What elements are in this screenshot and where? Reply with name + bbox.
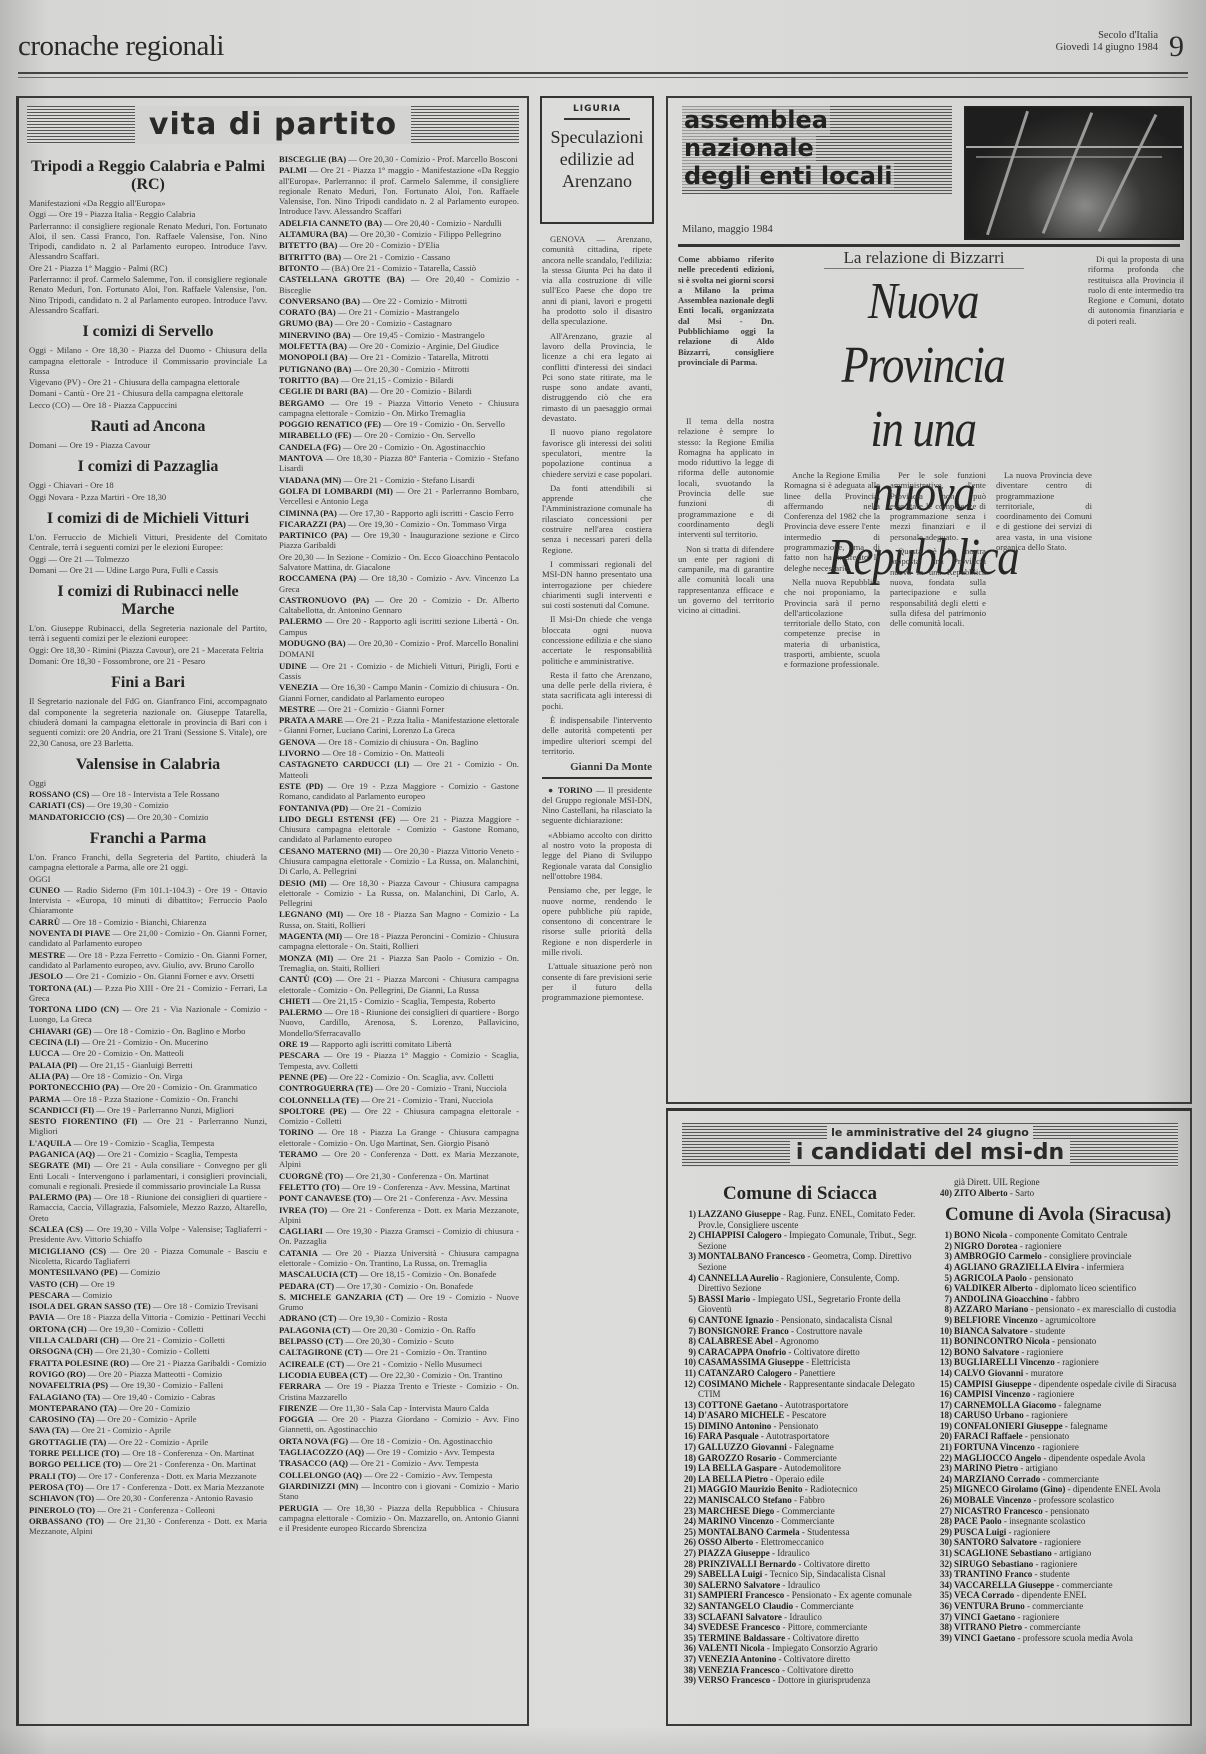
candidate-occupation: - ragioniere: [1015, 1612, 1059, 1622]
candidate-item: 14)D'ASARO MICHELE - Pescatore: [676, 1410, 924, 1421]
event-item: ORE 19 — Rapporto agli iscritti comitato…: [279, 1039, 519, 1049]
candidate-item: 12)COSIMANO Michele - Rappresentante sin…: [676, 1379, 924, 1400]
article-paragraph: Nella nuova Repubblica che noi proponiam…: [784, 577, 880, 670]
candidate-occupation: - ragioniere: [1024, 1410, 1068, 1420]
candidate-occupation: - Elettricista: [804, 1357, 850, 1367]
candidate-item: 28)PACE Paolo - insegnante scolastico: [932, 1516, 1184, 1527]
candidate-item: 10)CASAMASSIMA Giuseppe - Elettricista: [676, 1357, 924, 1368]
event-item: SAVA (TA) — Ore 21 - Comizio - Aprile: [29, 1425, 267, 1435]
event-item: Parlerranno: il consigliere regionale Re…: [29, 221, 267, 262]
event-item: Domani - Cantù - Ore 21 - Chiusura della…: [29, 388, 267, 398]
candidate-occupation: - Autotrasportatore: [759, 1431, 829, 1441]
event-item: BORGO PELLICE (TO) — Ore 21 - Conferenza…: [29, 1459, 267, 1469]
assemblea-column: La nuova Provincia deve diventare centro…: [996, 470, 1092, 1096]
candidate-number: 25): [932, 1484, 952, 1495]
candidate-number: 6): [676, 1315, 696, 1326]
event-item: PONT CANAVESE (TO) — Ore 21 - Conferenza…: [279, 1193, 519, 1203]
liguria-header: LIGURIA Speculazioni edilizie ad Arenzan…: [540, 96, 654, 224]
candidate-name: FARA Pasquale: [698, 1431, 759, 1441]
candidate-item: 3)MONTALBANO Francesco - Geometra, Comp.…: [676, 1251, 924, 1272]
event-item: PESCARA — Ore 19 - Piazza 1° Maggio - Co…: [279, 1050, 519, 1071]
event-item: TORINO — Ore 18 - Piazza La Grange - Chi…: [279, 1127, 519, 1148]
candidate-item: 32)SIRUGO Sebastiano - ragioniere: [932, 1559, 1184, 1570]
event-item: PAVIA — Ore 18 - Piazza della Vittoria -…: [29, 1312, 267, 1322]
avola-candidate-list: 1)BONO Nicola - componente Comitato Cent…: [932, 1230, 1184, 1643]
candidate-name: SANTANGELO Claudio: [698, 1601, 793, 1611]
candidate-item: già Dirett. UIL Regione: [932, 1177, 1184, 1188]
candidate-name: BUGLIARELLI Vincenzo: [954, 1357, 1055, 1367]
candidate-item: 30)SALERNO Salvatore - Idraulico: [676, 1580, 924, 1591]
section-heading: I comizi di de Michieli Vitturi: [29, 510, 267, 528]
candidate-number: 33): [932, 1569, 952, 1580]
event-item: ALTAMURA (BA) — Ore 20,30 - Comizio - Fi…: [279, 229, 519, 239]
section-heading: I comizi di Rubinacci nelle Marche: [29, 583, 267, 619]
candidate-occupation: - infermiera: [1079, 1262, 1124, 1272]
assemblea-banner-line: degli enti locali: [682, 162, 894, 190]
liguria-article: GENOVA — Arenzano, comunità cittadina, r…: [542, 234, 652, 1722]
candidate-name: NICASTRO Francesco: [954, 1506, 1043, 1516]
candidate-number: 11): [676, 1368, 696, 1379]
candidate-item: 4)CANNELLA Aurelio - Ragioniere, Consule…: [676, 1273, 924, 1294]
candidate-occupation: - Studentessa: [800, 1527, 850, 1537]
event-item: SCHIAVON (TO) — Ore 20,30 - Conferenza -…: [29, 1493, 267, 1503]
candidate-number: 6): [932, 1283, 952, 1294]
candidate-name: AGLIANO GRAZIELLA Elvira: [954, 1262, 1079, 1272]
candidate-number: 26): [932, 1495, 952, 1506]
article-paragraph: Non si tratta di difendere un ente per r…: [678, 544, 774, 616]
candidate-occupation: - Autodemolitore: [777, 1463, 841, 1473]
event-item: CIMINNA (PA) — Ore 17,30 - Rapporto agli…: [279, 508, 519, 518]
candidate-number: 34): [676, 1622, 696, 1633]
candidate-occupation: - Coltivatore diretto: [785, 1633, 859, 1643]
candidate-occupation: - Autotrasportatore: [778, 1400, 848, 1410]
candidate-occupation: - Commerciante: [793, 1601, 853, 1611]
event-item: SCANDICCI (FI) — Ore 19 - Parlerranno Nu…: [29, 1105, 267, 1115]
event-item: CEGLIE DI BARI (BA) — Ore 20 - Comizio -…: [279, 386, 519, 396]
candidate-item: 27)PIAZZA Giuseppe - Idraulico: [676, 1548, 924, 1559]
event-item: CAROSINO (TA) — Ore 20 - Comizio - April…: [29, 1414, 267, 1424]
event-item: Domani: Ore 18,30 - Fossombrone, ore 21 …: [29, 656, 267, 666]
event-item: FALAGIANO (TA) — Ore 19,40 - Comizio - C…: [29, 1392, 267, 1402]
event-item: ISOLA DEL GRAN SASSO (TE) — Ore 18 - Com…: [29, 1301, 267, 1311]
event-item: PALERMO (PA) — Ore 18 - Riunione dei con…: [29, 1192, 267, 1223]
article-paragraph: Il tema della nostra relazione è sempre …: [678, 416, 774, 540]
event-item: CARRÙ — Ore 18 - Comizio - Bianchi, Chia…: [29, 917, 267, 927]
candidate-number: 22): [932, 1453, 952, 1464]
candidate-item: 11)CATANZARO Calogero - Panettiere: [676, 1368, 924, 1379]
candidate-number: 39): [932, 1633, 952, 1644]
candidate-number: 21): [932, 1442, 952, 1453]
event-item: ALIA (PA) — Ore 18 - Comizio - On. Virga: [29, 1071, 267, 1081]
candidate-occupation: - dipendente ospedale Avola: [1041, 1453, 1145, 1463]
candidate-item: 26)MOBALE Vincenzo - professore scolasti…: [932, 1495, 1184, 1506]
candidate-number: 24): [676, 1516, 696, 1527]
candidate-number: 32): [932, 1559, 952, 1570]
event-item: ACIREALE (CT) — Ore 21 - Comizio - Nello…: [279, 1359, 519, 1369]
candidate-item: 29)SABELLA Luigi - Tecnico Sip, Sindacal…: [676, 1569, 924, 1580]
article-paragraph: Il Msi-Dn chiede che venga bloccata ogni…: [542, 614, 652, 665]
event-item: GOLFA DI LOMBARDI (MI) — Ore 21 - Parler…: [279, 486, 519, 507]
candidate-item: 15)CAMPISI Giuseppe - dipendente ospedal…: [932, 1379, 1184, 1390]
candidate-number: 5): [932, 1273, 952, 1284]
candidate-name: LA BELLA Pietro: [698, 1474, 768, 1484]
event-item: Domani — Ore 19 - Piazza Cavour: [29, 440, 267, 450]
candidate-item: 38)VENEZIA Francesco - Coltivatore diret…: [676, 1665, 924, 1676]
event-item: COLLELONGO (AQ) — Ore 22 - Comizio - Avv…: [279, 1470, 519, 1480]
assemblea-intro: Come abbiamo riferito nelle precedenti e…: [678, 254, 774, 414]
candidate-name: BONO Nicola: [954, 1230, 1007, 1240]
candidate-item: 25)MONTALBANO Carmela - Studentessa: [676, 1527, 924, 1538]
event-item: L'on. Franco Franchi, della Segreteria d…: [29, 852, 267, 873]
event-item: LIVORNO — Ore 18 - Comizio - On. Matteol…: [279, 748, 519, 758]
candidate-number: 38): [676, 1665, 696, 1676]
candidate-item: 6)VALDIKER Alberto - diplomato liceo sci…: [932, 1283, 1184, 1294]
event-item: CARIATI (CS) — Ore 19,30 - Comizio: [29, 800, 267, 810]
event-item: MINERVINO (BA) — Ore 19,45 - Comizio - M…: [279, 330, 519, 340]
candidate-number: 17): [676, 1442, 696, 1453]
candidate-occupation: - dipendente ENEL: [1014, 1590, 1086, 1600]
candidate-number: 19): [676, 1463, 696, 1474]
candidate-item: 4)AGLIANO GRAZIELLA Elvira - infermiera: [932, 1262, 1184, 1273]
candidate-item: 19)LA BELLA Gaspare - Autodemolitore: [676, 1463, 924, 1474]
candidate-item: 6)CANTONE Ignazio - Pensionato, sindacal…: [676, 1315, 924, 1326]
candidate-number: 23): [676, 1506, 696, 1517]
event-item: PALAGONIA (CT) — Ore 20,30 - Comizio - O…: [279, 1325, 519, 1335]
event-item: OGGI: [29, 874, 267, 884]
brief-paragraph: «Abbiamo accolto con diritto al nostro v…: [542, 830, 652, 881]
candidate-item: 18)GAROZZO Rosario - Commerciante: [676, 1453, 924, 1464]
candidate-name: CAMPISI Giuseppe: [954, 1379, 1031, 1389]
candidate-number: 18): [676, 1453, 696, 1464]
candidate-number: 14): [676, 1410, 696, 1421]
section-rule: [678, 244, 1180, 247]
candidate-number: 4): [676, 1273, 696, 1284]
event-item: BERGAMO — Ore 19 - Piazza Vittorio Venet…: [279, 398, 519, 419]
event-item: Oggi — Ore 19 - Piazza Italia - Reggio C…: [29, 209, 267, 219]
candidate-name: VALENTI Nicola: [698, 1643, 765, 1653]
event-item: Vigevano (PV) - Ore 21 - Chiusura della …: [29, 377, 267, 387]
candidate-occupation: - Tecnico Sip, Sindacalista Cisnal: [762, 1569, 885, 1579]
candidate-occupation: - ragioniere: [1035, 1442, 1079, 1452]
candidate-occupation: - professore scolastico: [1031, 1495, 1114, 1505]
event-item: L'AQUILA — Ore 19 - Comizio - Scaglia, T…: [29, 1138, 267, 1148]
event-item: CATANIA — Ore 20 - Piazza Università - C…: [279, 1248, 519, 1269]
candidate-name: CARACAPPA Onofrio: [698, 1347, 786, 1357]
event-item: COLONNELLA (TE) — Ore 21 - Comizio - Tra…: [279, 1095, 519, 1105]
event-item: PENNE (PE) — Ore 22 - Comizio - On. Scag…: [279, 1072, 519, 1082]
assemblea-banner-line: nazionale: [682, 134, 816, 162]
candidate-name: LA BELLA Gaspare: [698, 1463, 777, 1473]
event-item: Il Segretario nazionale del FdG on. Gian…: [29, 696, 267, 747]
event-item: CASTELLANA GROTTE (BA) — Ore 20,40 - Com…: [279, 274, 519, 295]
candidate-number: 12): [932, 1347, 952, 1358]
candidate-occupation: - falegname: [1056, 1400, 1101, 1410]
candidate-name: SANTORO Salvatore: [954, 1537, 1037, 1547]
candidate-occupation: - commerciante: [1040, 1474, 1098, 1484]
event-item: FICARAZZI (PA) — Ore 19,30 - Comizio - O…: [279, 519, 519, 529]
event-item: BITONTO — (BA) Ore 21 - Comizio - Tatare…: [279, 263, 519, 273]
candidate-number: 5): [676, 1294, 696, 1305]
vita-banner-title: vita di partito: [135, 106, 411, 144]
candidate-number: 36): [676, 1643, 696, 1654]
event-item: MANDATORICCIO (CS) — Ore 20,30 - Comizio: [29, 812, 267, 822]
candidate-item: 31)SCAGLIONE Sebastiano - artigiano: [932, 1548, 1184, 1559]
event-item: CASTRONUOVO (PA) — Ore 20 - Comizio - Dr…: [279, 595, 519, 616]
candidate-occupation: - consigliere provinciale: [1042, 1251, 1132, 1261]
candidate-number: 18): [932, 1410, 952, 1421]
liguria-section: LIGURIA Speculazioni edilizie ad Arenzan…: [540, 96, 654, 1726]
candidate-name: VALDIKER Alberto: [954, 1283, 1033, 1293]
event-item: GIARDINIZZI (MN) — Incontro con i giovan…: [279, 1481, 519, 1502]
event-item: CONTROGUERRA (TE) — Ore 20 - Comizio - T…: [279, 1083, 519, 1093]
event-item: DESIO (MI) — Ore 18,30 - Piazza Cavour -…: [279, 878, 519, 909]
event-item: PRATA A MARE — Ore 21 - P.zza Italia - M…: [279, 715, 519, 736]
candidati-kicker: le amministrative del 24 giugno: [827, 1126, 1033, 1139]
candidate-item: 23)MARINO Pietro - artigiano: [932, 1463, 1184, 1474]
candidate-occupation: - pensionato: [1050, 1336, 1097, 1346]
event-item: CALTAGIRONE (CT) — Ore 21 - Comizio - On…: [279, 1347, 519, 1357]
section-heading: Tripodi a Reggio Calabria e Palmi (RC): [29, 158, 267, 194]
candidate-item: 2)NIGRO Dorotea - ragioniere: [932, 1241, 1184, 1252]
event-item: ROVIGO (RO) — Ore 20 - Piazza Matteotti …: [29, 1369, 267, 1379]
event-item: VIADANA (MN) — Ore 21 - Comizio - Stefan…: [279, 475, 519, 485]
candidate-occupation: - pensionato: [1043, 1506, 1090, 1516]
candidate-name: BONSIGNORE Franco: [698, 1326, 789, 1336]
candidate-occupation: - ragioniere: [1037, 1537, 1081, 1547]
candidate-number: 16): [932, 1389, 952, 1400]
candidate-name: CANTONE Ignazio: [698, 1315, 774, 1325]
candidate-item: 40)ZITO Alberto - Sarto: [932, 1188, 1184, 1199]
candidate-number: 8): [932, 1304, 952, 1315]
candidate-occupation: - Pensionato, sindacalista Cisnal: [774, 1315, 893, 1325]
candidate-name: CHIAPPISI Calogero: [698, 1230, 782, 1240]
event-item: Oggi: [29, 778, 267, 788]
candidate-occupation: - Costruttore navale: [789, 1326, 863, 1336]
section-heading: I comizi di Servello: [29, 323, 267, 341]
candidate-occupation: - Idraulico: [782, 1612, 822, 1622]
candidate-occupation: - ragioniere: [1018, 1241, 1062, 1251]
event-item: MICIGLIANO (CS) — Ore 20 - Piazza Comuna…: [29, 1246, 267, 1267]
event-item: CASTAGNETO CARDUCCI (LI) — Ore 21 - Comi…: [279, 759, 519, 780]
issue-date: Giovedì 14 giugno 1984: [1056, 42, 1158, 54]
event-item: IVREA (TO) — Ore 21 - Conferenza - Dott.…: [279, 1205, 519, 1226]
candidate-occupation: già Dirett. UIL Regione: [954, 1177, 1040, 1187]
candidate-occupation: - Pescatore: [784, 1410, 826, 1420]
candidate-name: FARACI Raffaele: [954, 1431, 1023, 1441]
event-item: PALAIA (PI) — Ore 21,15 - Gianluigi Berr…: [29, 1060, 267, 1070]
candidate-number: 31): [676, 1590, 696, 1601]
candidate-name: PUSCA Luigi: [954, 1527, 1006, 1537]
event-item: FOGGIA — Ore 20 - Piazza Giordano - Comi…: [279, 1414, 519, 1435]
event-item: VILLA CALDARI (CH) — Ore 21 - Comizio - …: [29, 1335, 267, 1345]
candidate-item: 13)BUGLIARELLI Vincenzo - ragioniere: [932, 1357, 1184, 1368]
candidate-name: VECA Corrado: [954, 1590, 1014, 1600]
paper-name: Secolo d'Italia: [1056, 30, 1158, 42]
candidate-number: 22): [676, 1495, 696, 1506]
candidate-name: ZITO Alberto: [954, 1188, 1008, 1198]
candidate-name: CARNEMOLLA Giacomo: [954, 1400, 1056, 1410]
candidate-occupation: - Operaio edile: [768, 1474, 824, 1484]
candidate-item: 33)TRANTINO Franco - studente: [932, 1569, 1184, 1580]
event-item: ORSOGNA (CH) — Ore 21,30 - Comizio - Col…: [29, 1346, 267, 1356]
assemblea-column: Di qui la proposta di una riforma profon…: [1088, 254, 1184, 1096]
article-kicker: La relazione di Bizzarri: [824, 248, 1024, 269]
event-item: TORTONA (AL) — P.zza Pio XIII - Ore 21 -…: [29, 983, 267, 1004]
candidate-occupation: - Commerciante: [774, 1506, 834, 1516]
candidate-item: 23)MARCHESE Diego - Commerciante: [676, 1506, 924, 1517]
event-item: MONTEPARANO (TA) — Ore 20 - Comizio: [29, 1403, 267, 1413]
candidati-title: i candidati del msi-dn: [790, 1141, 1070, 1165]
candidate-item: 24)MARINO Vincenzo - Commerciante: [676, 1516, 924, 1527]
event-item: PESCARA — Comizio: [29, 1290, 267, 1300]
candidate-occupation: - Coltivatore diretto: [780, 1665, 854, 1675]
candidate-occupation: - dipendente ENEL Avola: [1065, 1484, 1160, 1494]
candidate-item: 21)MAGGIO Maurizio Benito - Radiotecnico: [676, 1484, 924, 1495]
masthead-info: Secolo d'Italia Giovedì 14 giugno 1984: [1056, 30, 1158, 54]
avola-heading: Comune di Avola (Siracusa): [932, 1204, 1184, 1226]
candidate-number: 4): [932, 1262, 952, 1273]
event-item: ORTONA (CH) — Ore 19,30 - Comizio - Coll…: [29, 1324, 267, 1334]
candidate-name: AMBROGIO Carmelo: [954, 1251, 1042, 1261]
candidate-occupation: - artigiano: [1052, 1548, 1092, 1558]
candidate-occupation: - ragioniere: [1006, 1527, 1050, 1537]
candidate-item: 35)VECA Corrado - dipendente ENEL: [932, 1590, 1184, 1601]
event-item: L'on. Giuseppe Rubinacci, della Segreter…: [29, 623, 267, 644]
candidate-occupation: - ragioniere: [1030, 1389, 1074, 1399]
candidate-occupation: - Commerciante: [776, 1453, 836, 1463]
article-paragraph: Il nuovo piano regolatore favorisce gli …: [542, 427, 652, 478]
candidate-occupation: - commerciante: [1025, 1601, 1083, 1611]
candidate-occupation: - pensionato: [1023, 1431, 1070, 1441]
candidate-occupation: - Coltivatore diretto: [786, 1347, 860, 1357]
candidate-item: 11)BONINCONTRO Nicola - pensionato: [932, 1336, 1184, 1347]
candidate-number: 13): [676, 1400, 696, 1411]
candidate-name: AGRICOLA Paolo: [954, 1273, 1027, 1283]
candidate-item: 36)VALENTI Nicola - Impiegato Consorzio …: [676, 1643, 924, 1654]
candidate-number: 26): [676, 1537, 696, 1548]
candidate-name: GAROZZO Rosario: [698, 1453, 776, 1463]
event-item: VENEZIA — Ore 16,30 - Campo Manin - Comi…: [279, 682, 519, 703]
event-item: CUORGNÈ (TO) — Ore 21,30 - Conferenza - …: [279, 1171, 519, 1181]
event-item: BELPASSO (CT) — Ore 20,30 - Comizio - Sc…: [279, 1336, 519, 1346]
candidate-item: 3)AMBROGIO Carmelo - consigliere provinc…: [932, 1251, 1184, 1262]
candidate-name: CALVO Giovanni: [954, 1368, 1023, 1378]
event-item: CORATO (BA) — Ore 21 - Comizio - Mastran…: [279, 307, 519, 317]
event-item: CAGLIARI — Ore 19,30 - Piazza Gramsci - …: [279, 1226, 519, 1247]
event-item: MASCALUCIA (CT) — Ore 18,15 - Comizio - …: [279, 1269, 519, 1279]
candidate-name: VACCARELLA Giuseppe: [954, 1580, 1054, 1590]
candidate-item: 5)AGRICOLA Paolo - pensionato: [932, 1273, 1184, 1284]
candidate-item: 21)FORTUNA Vincenzo - ragioniere: [932, 1442, 1184, 1453]
article-paragraph: Anche la Regione Emilia Romagna si è ade…: [784, 470, 880, 573]
candidate-item: 8)AZZARO Mariano - pensionato - ex mares…: [932, 1304, 1184, 1315]
article-signature: Gianni Da Monte: [542, 762, 652, 778]
candidate-occupation: - Impiegato Consorzio Agrario: [765, 1643, 878, 1653]
candidate-item: 12)BONO Salvatore - ragioniere: [932, 1347, 1184, 1358]
candidate-number: 7): [932, 1294, 952, 1305]
candidate-name: CALABRESE Abel: [698, 1336, 773, 1346]
assemblea-column: Il tema della nostra relazione è sempre …: [678, 416, 774, 1096]
event-item: Ore 21 - Piazza 1° Maggio - Palmi (RC): [29, 263, 267, 273]
event-item: TERAMO — Ore 20 - Conferenza - Dott. ex …: [279, 1149, 519, 1170]
candidate-occupation: - artigiano: [1018, 1463, 1058, 1473]
event-item: S. MICHELE GANZARIA (CT) — Ore 19 - Comi…: [279, 1292, 519, 1313]
candidate-occupation: - diplomato liceo scientifico: [1033, 1283, 1136, 1293]
candidate-number: 35): [676, 1633, 696, 1644]
candidate-name: SABELLA Luigi: [698, 1569, 762, 1579]
event-item: MONZA (MI) — Ore 21 - Piazza San Paolo -…: [279, 953, 519, 974]
candidate-item: 2)CHIAPPISI Calogero - Impiegato Comunal…: [676, 1230, 924, 1251]
candidate-number: 35): [932, 1590, 952, 1601]
event-item: Ore 20,30 — In Sezione - Comizio - On. E…: [279, 552, 519, 573]
candidate-occupation: - Sarto: [1008, 1188, 1035, 1198]
event-item: TRASACCO (AQ) — Ore 21 - Comizio - Avv. …: [279, 1458, 519, 1468]
newspaper-page: cronache regionali Secolo d'Italia Giove…: [0, 0, 1206, 1754]
candidate-number: 8): [676, 1336, 696, 1347]
candidate-name: D'ASARO MICHELE: [698, 1410, 784, 1420]
candidate-item: 5)BASSI Mario - Impiegato USL, Segretari…: [676, 1294, 924, 1315]
candidate-occupation: - Coltivatore diretto: [776, 1654, 850, 1664]
candidate-item: 29)PUSCA Luigi - ragioniere: [932, 1527, 1184, 1538]
vita-column-1: Tripodi a Reggio Calabria e Palmi (RC)Ma…: [29, 150, 267, 1720]
candidate-item: 28)PRINZIVALLI Bernardo - Coltivatore di…: [676, 1559, 924, 1570]
assemblea-banner: assemblea nazionale degli enti locali: [682, 106, 952, 194]
vita-banner: vita di partito: [27, 106, 519, 144]
event-item: POGGIO RENATICO (FE) — Ore 19 - Comizio …: [279, 419, 519, 429]
candidate-number: 3): [676, 1251, 696, 1262]
scan-shadow: [0, 1726, 1206, 1754]
candidate-occupation: - Elettromeccanico: [753, 1537, 823, 1547]
event-item: Oggi: Ore 18,30 - Rimini (Piazza Cavour)…: [29, 645, 267, 655]
event-item: CESANO MATERNO (MI) — Ore 20,30 - Piazza…: [279, 846, 519, 877]
candidate-name: BONO Salvatore: [954, 1347, 1019, 1357]
candidate-name: MARZIANO Corrado: [954, 1474, 1040, 1484]
candidate-item: 7)ANDOLINA Gioacchino - fabbro: [932, 1294, 1184, 1305]
candidate-occupation: - fabbro: [1048, 1294, 1079, 1304]
candidate-name: MARINO Pietro: [954, 1463, 1018, 1473]
candidate-occupation: - Coltivatore diretto: [796, 1559, 870, 1569]
event-item: PORTONECCHIO (PA) — Ore 20 - Comizio - O…: [29, 1082, 267, 1092]
candidate-name: VITRANO Pietro: [954, 1622, 1022, 1632]
candidati-section: le amministrative del 24 giugno i candid…: [666, 1108, 1192, 1726]
candidate-number: 33): [676, 1612, 696, 1623]
event-item: FRATTA POLESINE (RO) — Ore 21 - Piazza G…: [29, 1358, 267, 1368]
event-item: PARTINICO (PA) — Ore 19,30 - Inaugurazio…: [279, 530, 519, 551]
event-item: MESTRE — Ore 18 - P.zza Ferretto - Comiz…: [29, 950, 267, 971]
event-item: MAGENTA (MI) — Ore 18 - Piazza Peroncini…: [279, 931, 519, 952]
assemblea-section: assemblea nazionale degli enti locali Mi…: [666, 96, 1192, 1104]
candidate-number: 23): [932, 1463, 952, 1474]
vita-column-2: BISCEGLIE (BA) — Ore 20,30 - Comizio - P…: [279, 154, 519, 1722]
candidate-item: 13)COTTONE Gaetano - Autotrasportatore: [676, 1400, 924, 1411]
candidate-occupation: - Radiotecnico: [803, 1484, 858, 1494]
event-item: LEGNANO (MI) — Ore 18 - Piazza San Magno…: [279, 909, 519, 930]
candidate-number: 40): [932, 1188, 952, 1199]
candidate-name: CARUSO Urbano: [954, 1410, 1024, 1420]
candidate-number: 27): [676, 1548, 696, 1559]
article-paragraph: È indispensabile l'intervento delle auto…: [542, 715, 652, 756]
candidate-item: 34)VACCARELLA Giuseppe - commerciante: [932, 1580, 1184, 1591]
event-item: PALERMO — Ore 20 - Rapporto agli iscritt…: [279, 616, 519, 637]
event-item: Lecco (CO) — Ore 18 - Piazza Cappuccini: [29, 400, 267, 410]
event-item: LICODIA EUBEA (CT) — Ore 22,30 - Comizio…: [279, 1370, 519, 1380]
brief-paragraph: L'attuale situazione però non consente d…: [542, 961, 652, 1002]
candidate-number: 37): [676, 1654, 696, 1665]
assembly-photo: [964, 106, 1184, 240]
event-item: MODUGNO (BA) — Ore 20,30 - Comizio - Pro…: [279, 638, 519, 648]
event-item: SESTO FIORENTINO (FI) — Ore 21 - Parlerr…: [29, 1116, 267, 1137]
candidate-item: 30)SANTORO Salvatore - ragioniere: [932, 1537, 1184, 1548]
